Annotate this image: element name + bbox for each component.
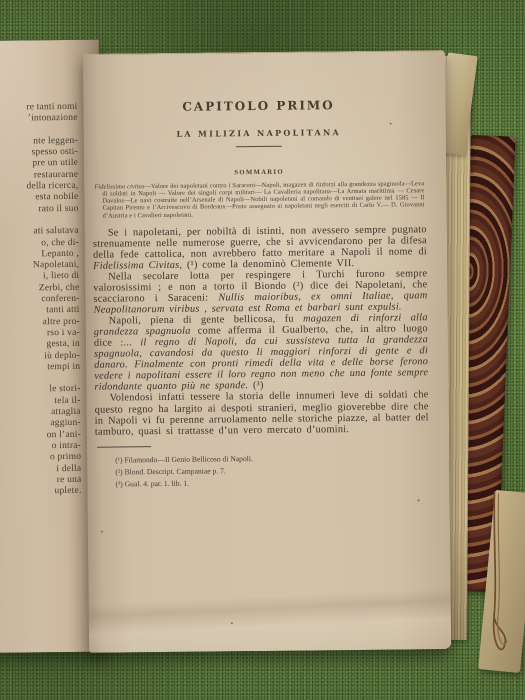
binding-threads [480, 491, 518, 686]
paragraph-text: Se i napoletani, per nobiltà di istinti,… [93, 224, 427, 261]
left-page-line: ati salutava [0, 226, 79, 238]
left-page-line: altre pro- [0, 317, 80, 329]
foxing-speck [101, 531, 103, 533]
summary-rest: —Valore dei napoletani contro i Saraceni… [102, 180, 424, 219]
footnote-divider [97, 446, 151, 448]
body-paragraph-3: Napoli, piena di gente bellicosa, fu mag… [94, 312, 429, 393]
body-paragraph-4: Volendosi infatti tessere la storia dell… [94, 390, 428, 438]
left-page-text: re tanti nomi’intonazionente leggen-spes… [0, 102, 82, 498]
left-page-line: aggiun- [0, 418, 81, 430]
foxing-speck [231, 622, 233, 624]
left-page-line: o primo [0, 452, 81, 464]
foxing-speck [390, 123, 392, 125]
left-page-line: iù deplo- [0, 350, 80, 362]
left-page-line: rato il suo [0, 204, 79, 216]
left-page-line: o, che di- [0, 237, 79, 249]
summary-text: Fidelissima civitas—Valore dei napoletan… [92, 180, 426, 219]
left-page-line: ’intonazione [0, 113, 78, 125]
summary-heading: SOMMARIO [92, 167, 426, 177]
left-page-line: tanti atti [0, 305, 80, 317]
left-page-line: on l’ani- [0, 429, 81, 441]
right-page: CAPITOLO PRIMO LA MILIZIA NAPOLITANA SOM… [83, 50, 451, 653]
title-divider [236, 146, 282, 147]
left-page-line: i, lieto di [0, 271, 79, 283]
left-page-line: i della [0, 463, 81, 475]
left-page-line: uplete. [0, 486, 82, 498]
body-paragraph-1: Se i napoletani, per nobiltà di istinti,… [93, 224, 427, 272]
left-page-line: esta nobile [0, 192, 78, 204]
foxing-speck [418, 499, 420, 501]
chapter-subtitle: LA MILIZIA NAPOLITANA [92, 126, 426, 139]
left-page-line: gesta, in [0, 339, 80, 351]
chapter-title: CAPITOLO PRIMO [91, 97, 425, 114]
left-page-line: pre un utile [0, 158, 78, 170]
body-paragraph-2: Nella secolare lotta per respingere i Tu… [93, 268, 427, 316]
page-text-column: CAPITOLO PRIMO LA MILIZIA NAPOLITANA SOM… [91, 97, 429, 491]
left-page-line: le stori- [0, 384, 81, 396]
left-page-line: tempi in [0, 362, 80, 374]
footnote-marker: (³) [248, 380, 263, 391]
open-book: re tanti nomi’intonazionente leggen-spes… [0, 33, 525, 659]
footnotes: (¹) Filamondo—Il Genio Bellicoso di Napo… [95, 451, 429, 491]
italic-phrase: Fidelissima Civitas, [93, 260, 182, 272]
footnote-line: (³) Gual. 4. par. 1. lib. 1. [115, 475, 429, 490]
